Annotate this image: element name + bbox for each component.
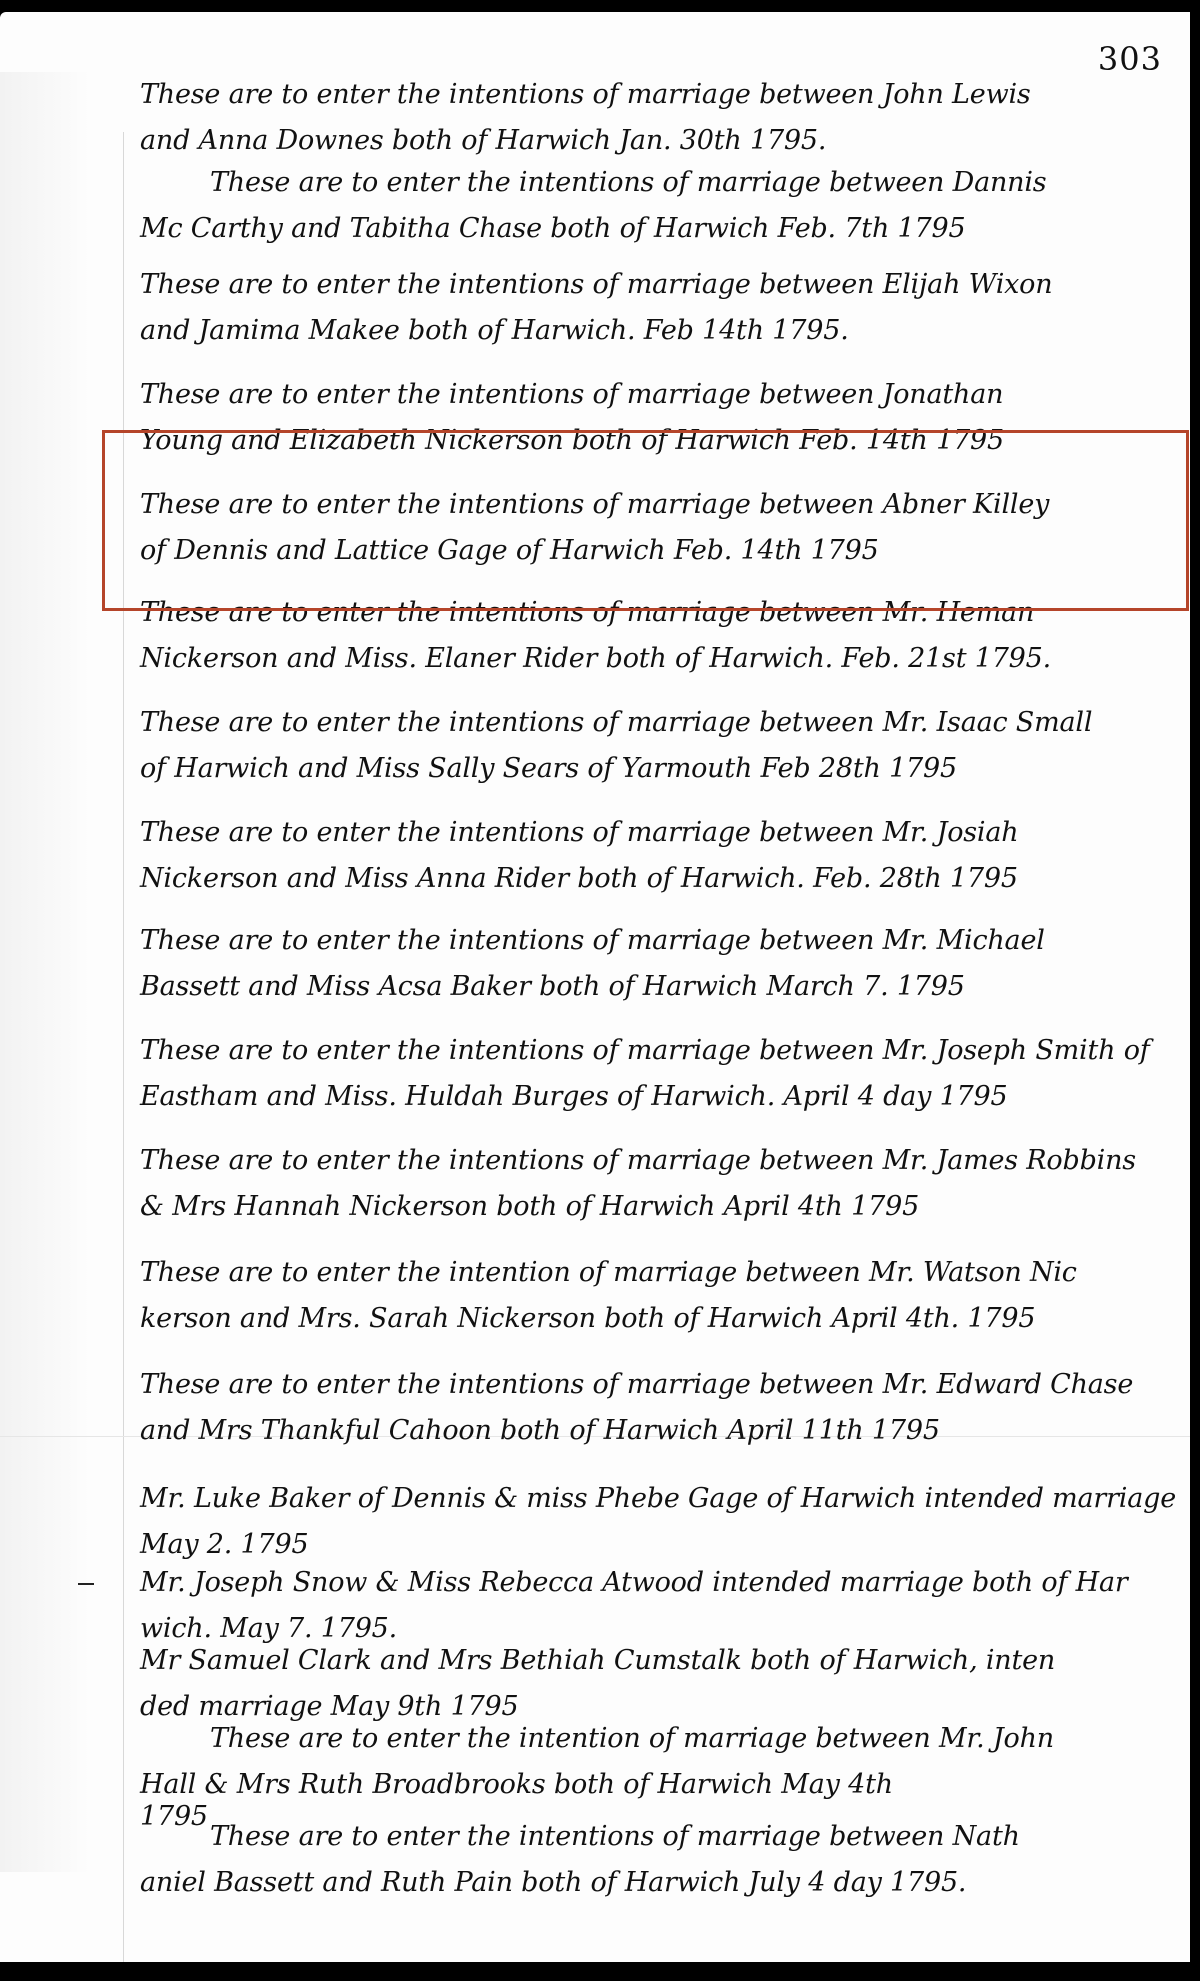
entry-line: aniel Bassett and Ruth Pain both of Harw… (140, 1860, 1180, 1906)
marriage-entry: These are to enter the intentions of mar… (140, 918, 1180, 1010)
marriage-entry: These are to enter the intentions of mar… (140, 700, 1180, 792)
marriage-entry: These are to enter the intentions of mar… (140, 72, 1180, 164)
marriage-entry: These are to enter the intentions of mar… (140, 1138, 1180, 1230)
entry-line: These are to enter the intentions of mar… (140, 590, 1180, 636)
entry-line: Mr. Joseph Snow & Miss Rebecca Atwood in… (140, 1560, 1180, 1606)
entry-line: and Mrs Thankful Cahoon both of Harwich … (140, 1408, 1180, 1454)
entry-line: Bassett and Miss Acsa Baker both of Harw… (140, 964, 1180, 1010)
marriage-entry: These are to enter the intentions of mar… (140, 1362, 1180, 1454)
margin-rule (123, 132, 124, 1962)
page-edge-shadow (0, 72, 90, 1872)
entry-line: Nickerson and Miss. Elaner Rider both of… (140, 636, 1180, 682)
entry-line: Mr. Luke Baker of Dennis & miss Phebe Ga… (140, 1476, 1180, 1522)
entry-line: These are to enter the intention of marr… (140, 1250, 1180, 1296)
marriage-entry: These are to enter the intentions of mar… (140, 160, 1180, 252)
entry-line: Nickerson and Miss Anna Rider both of Ha… (140, 856, 1180, 902)
marriage-entry: These are to enter the intentions of mar… (140, 1814, 1180, 1906)
entry-line: These are to enter the intentions of mar… (140, 810, 1180, 856)
entry-line: & Mrs Hannah Nickerson both of Harwich A… (140, 1184, 1180, 1230)
marriage-entry: Mr. Luke Baker of Dennis & miss Phebe Ga… (140, 1476, 1180, 1568)
entry-line: and Jamima Makee both of Harwich. Feb 14… (140, 308, 1180, 354)
marriage-entry: These are to enter the intentions of mar… (140, 262, 1180, 354)
entry-line: kerson and Mrs. Sarah Nickerson both of … (140, 1296, 1180, 1342)
entry-line: These are to enter the intentions of mar… (140, 160, 1180, 206)
entry-line: These are to enter the intentions of mar… (140, 1138, 1180, 1184)
margin-dash-mark (78, 1583, 94, 1585)
entry-line: Eastham and Miss. Huldah Burges of Harwi… (140, 1074, 1180, 1120)
marriage-entry: These are to enter the intentions of mar… (140, 810, 1180, 902)
entry-line: These are to enter the intention of marr… (140, 1716, 1180, 1762)
marriage-entry: These are to enter the intentions of mar… (140, 372, 1180, 464)
entry-line: These are to enter the intentions of mar… (140, 1362, 1180, 1408)
entry-line: These are to enter the intentions of mar… (140, 1814, 1180, 1860)
marriage-entry-highlighted: These are to enter the intentions of mar… (140, 482, 1180, 574)
entry-line: These are to enter the intentions of mar… (140, 1028, 1180, 1074)
entry-line: These are to enter the intentions of mar… (140, 262, 1180, 308)
entry-line: Mc Carthy and Tabitha Chase both of Harw… (140, 206, 1180, 252)
entry-line: of Harwich and Miss Sally Sears of Yarmo… (140, 746, 1180, 792)
entry-line: Mr Samuel Clark and Mrs Bethiah Cumstalk… (140, 1638, 1180, 1684)
entry-line: and Anna Downes both of Harwich Jan. 30t… (140, 118, 1180, 164)
entry-line: Young and Elizabeth Nickerson both of Ha… (140, 418, 1180, 464)
entry-line: These are to enter the intentions of mar… (140, 918, 1180, 964)
marriage-entry: These are to enter the intentions of mar… (140, 590, 1180, 682)
entry-line: These are to enter the intentions of mar… (140, 482, 1180, 528)
marriage-entry: These are to enter the intention of marr… (140, 1250, 1180, 1342)
entry-line: These are to enter the intentions of mar… (140, 372, 1180, 418)
entry-line: of Dennis and Lattice Gage of Harwich Fe… (140, 528, 1180, 574)
entry-line: These are to enter the intentions of mar… (140, 700, 1180, 746)
marriage-entry: These are to enter the intentions of mar… (140, 1028, 1180, 1120)
entry-line: These are to enter the intentions of mar… (140, 72, 1180, 118)
